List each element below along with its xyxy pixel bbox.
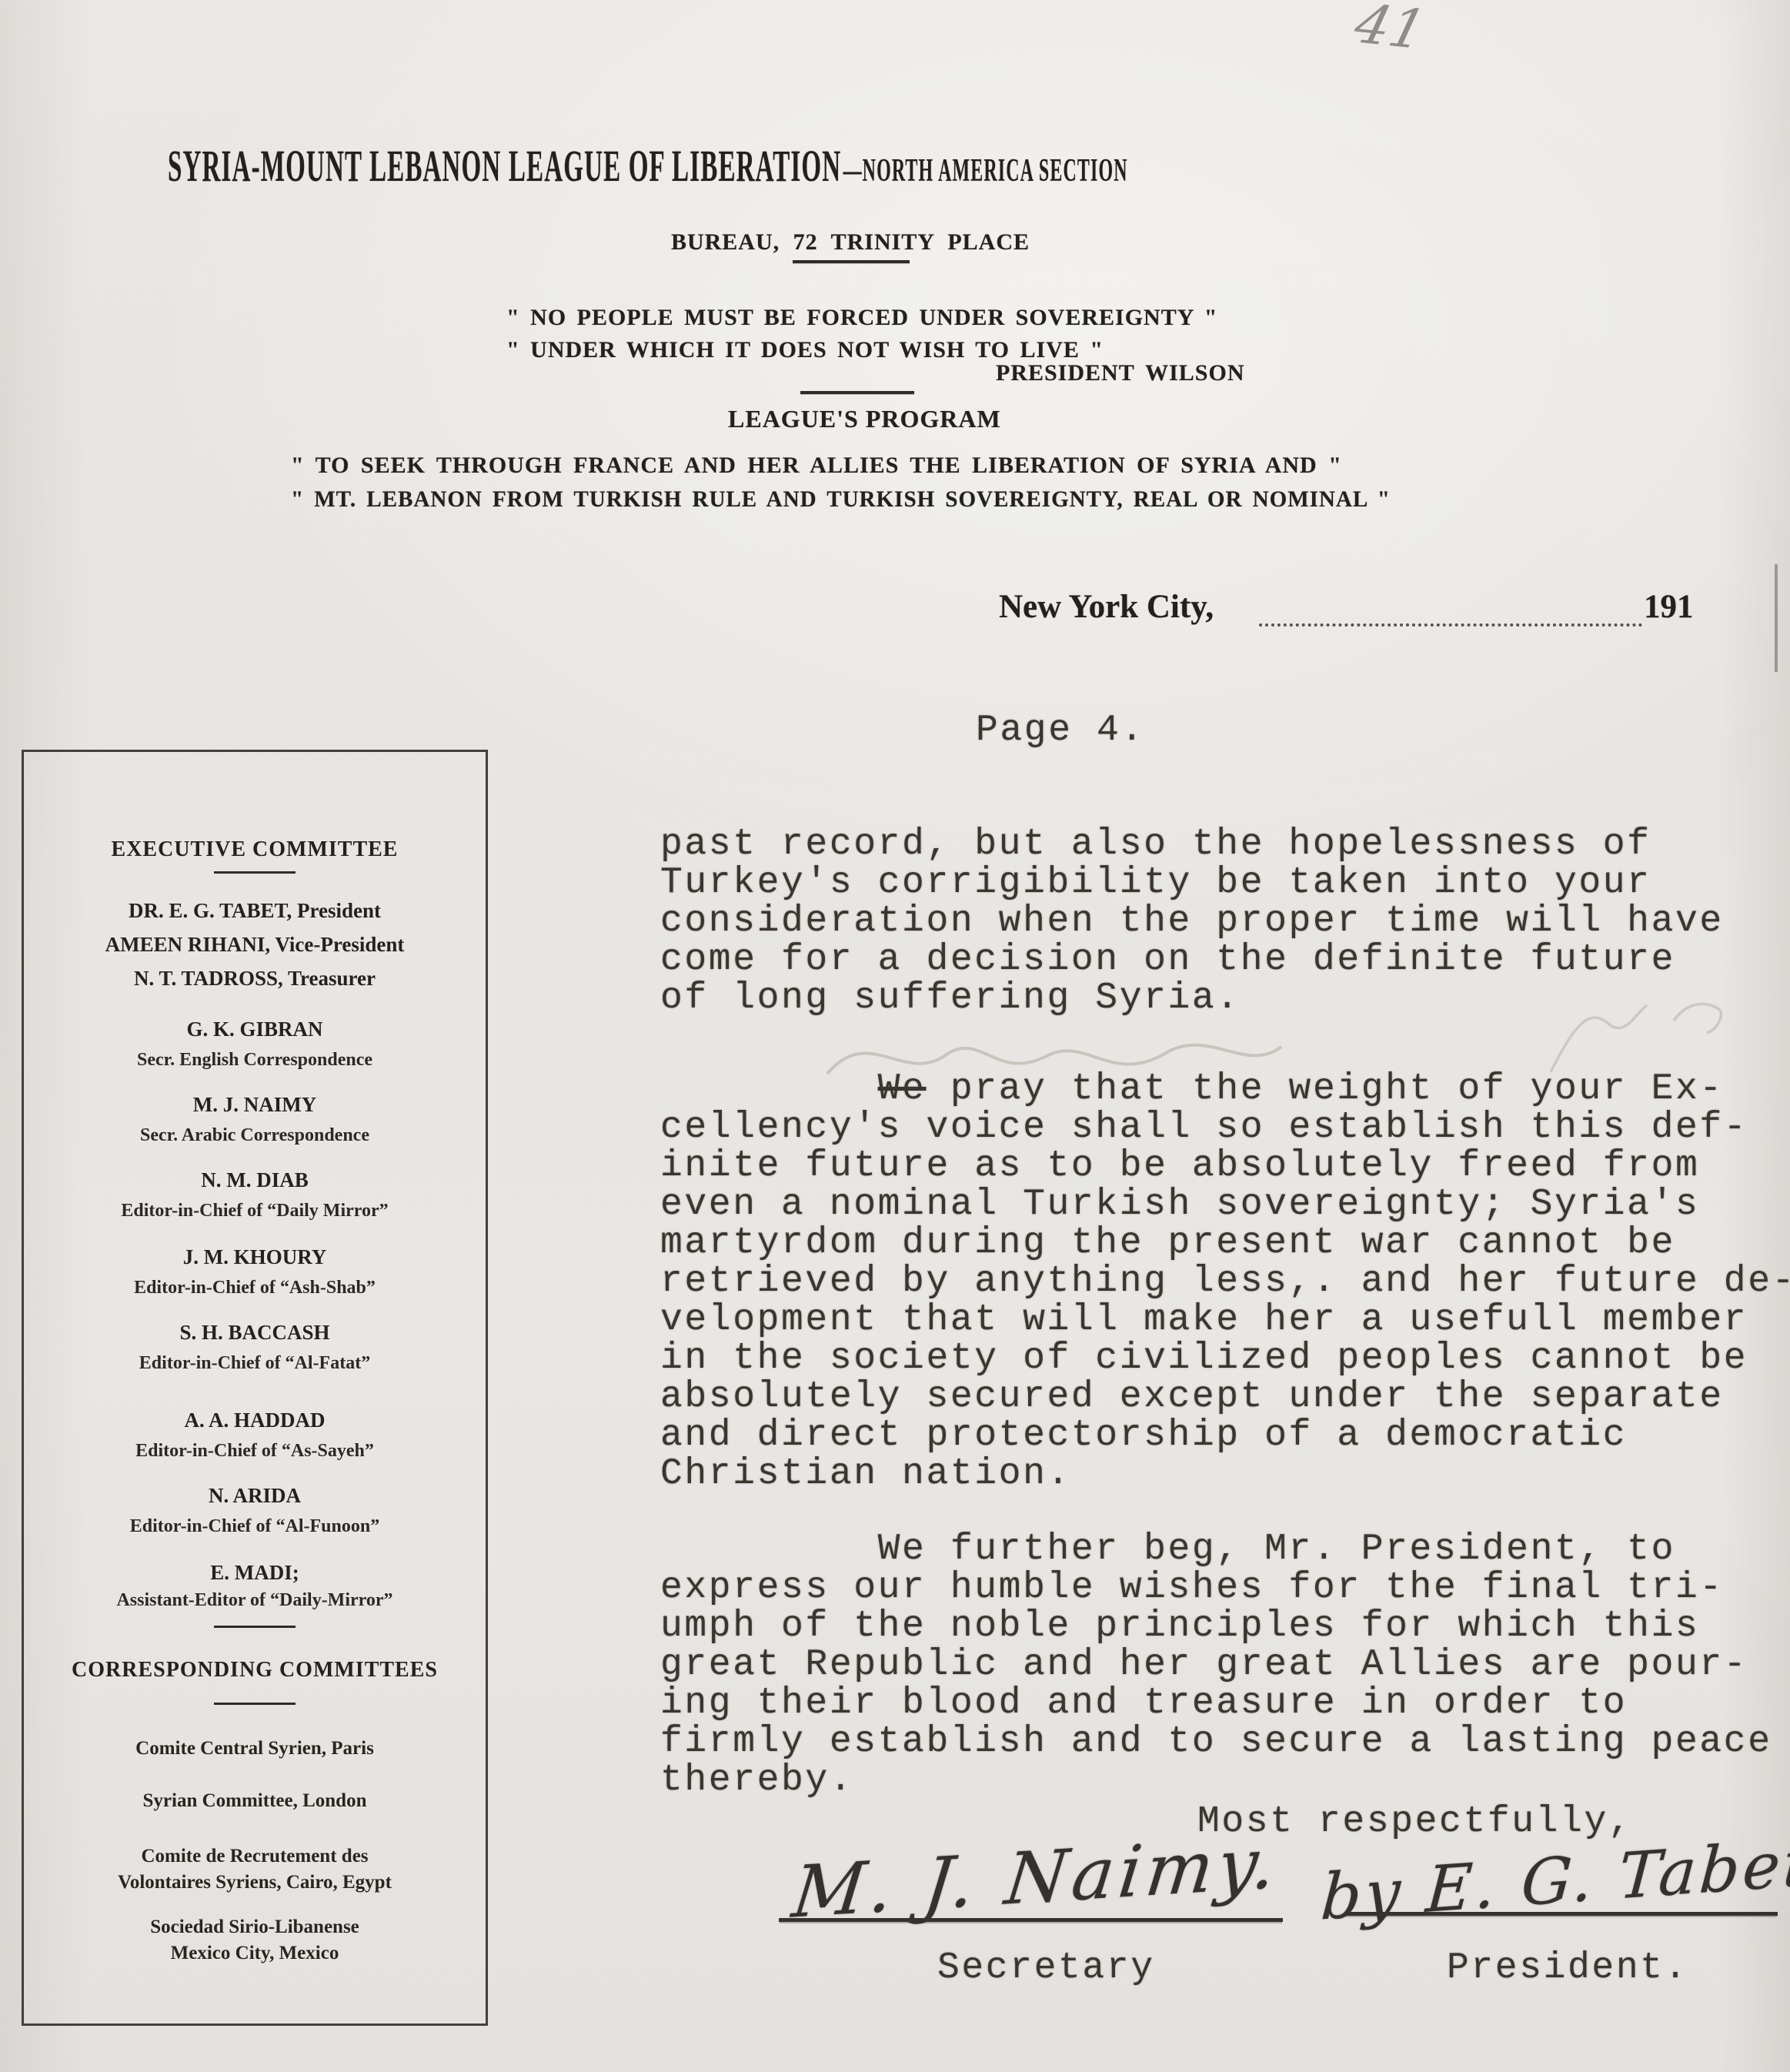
executive-committee-heading: EXECUTIVE COMMITTEE	[24, 837, 486, 862]
signature-line-right	[1345, 1912, 1778, 1916]
program-line-2: " MT. LEBANON FROM TURKISH RULE AND TURK…	[291, 486, 1391, 513]
body-line: martyrdom during the present war cannot …	[660, 1224, 1790, 1262]
scan-edge-artifact	[1775, 564, 1778, 672]
member-role: Secr. Arabic Correspondence	[24, 1125, 486, 1146]
letterhead-divider-1	[793, 260, 910, 263]
body-line-rest: pray that the weight of your Ex-	[926, 1068, 1723, 1110]
president-signature: by E. G. Tabet	[1318, 1826, 1790, 1934]
scanned-letter-page: 41 SYRIA-MOUNT LEBANON LEAGUE OF LIBERAT…	[0, 0, 1790, 2072]
member-name: A. A. HADDAD	[24, 1409, 486, 1432]
member-name: G. K. GIBRAN	[24, 1018, 486, 1041]
paragraph-2: We pray that the weight of your Ex- cell…	[660, 1070, 1790, 1493]
committee-item: Mexico City, Mexico	[24, 1943, 486, 1964]
committee-item: Comite de Recrutement des	[24, 1846, 486, 1867]
member-name: M. J. NAIMY	[24, 1093, 486, 1117]
body-line: Turkey's corrigibility be taken into you…	[660, 864, 1724, 902]
page-number-label: Page 4.	[976, 711, 1145, 750]
officer-president: DR. E. G. TABET, President	[24, 899, 486, 923]
body-line: firmly establish and to secure a lasting…	[660, 1723, 1772, 1761]
member-role: Assistant-Editor of “Daily-Mirror”	[24, 1590, 486, 1611]
body-line: in the society of civilized peoples cann…	[660, 1339, 1790, 1378]
dateline-dotted-line	[1259, 593, 1642, 627]
quote-attribution: PRESIDENT WILSON	[996, 360, 1245, 386]
member-name: N. ARIDA	[24, 1484, 486, 1508]
body-line: Christian nation.	[660, 1455, 1790, 1493]
program-heading: LEAGUE'S PROGRAM	[728, 405, 1001, 433]
body-line: past record, but also the hopelessness o…	[660, 825, 1724, 864]
body-line: come for a decision on the definite futu…	[660, 941, 1724, 979]
committee-item: Comite Central Syrien, Paris	[24, 1738, 486, 1760]
program-line-1: " TO SEEK THROUGH FRANCE AND HER ALLIES …	[291, 453, 1342, 479]
sidebar-divider-3	[214, 1703, 296, 1705]
letterhead-title-line: SYRIA-MOUNT LEBANON LEAGUE OF LIBERATION…	[168, 140, 1128, 192]
bureau-line: BUREAU, 72 TRINITY PLACE	[658, 229, 1043, 256]
body-line: We further beg, Mr. President, to	[660, 1530, 1772, 1569]
body-line: We pray that the weight of your Ex-	[660, 1070, 1790, 1108]
member-role: Editor-in-Chief of “Al-Fatat”	[24, 1353, 486, 1374]
committee-item: Sociedad Sirio-Libanense	[24, 1917, 486, 1938]
wilson-quote-line-1: " NO PEOPLE MUST BE FORCED UNDER SOVEREI…	[506, 305, 1217, 331]
member-role: Editor-in-Chief of “As-Sayeh”	[24, 1441, 486, 1462]
dateline-city: New York City,	[999, 588, 1214, 626]
body-line: retrieved by anything less,. and her fut…	[660, 1262, 1790, 1301]
body-line: umph of the noble principles for which t…	[660, 1607, 1772, 1646]
member-role: Secr. English Correspondence	[24, 1050, 486, 1071]
sidebar-divider-1	[214, 871, 296, 874]
handwritten-page-number: 41	[1348, 0, 1432, 62]
member-name: N. M. DIAB	[24, 1168, 486, 1192]
member-name: J. M. KHOURY	[24, 1245, 486, 1269]
member-role: Editor-in-Chief of “Al-Funoon”	[24, 1516, 486, 1537]
member-role: Editor-in-Chief of “Daily Mirror”	[24, 1201, 486, 1221]
president-label: President.	[1447, 1949, 1688, 1987]
secretary-label: Secretary	[937, 1949, 1155, 1987]
member-role: Editor-in-Chief of “Ash-Shab”	[24, 1278, 486, 1298]
officer-vice-president: AMEEN RIHANI, Vice-President	[24, 933, 486, 957]
body-line: great Republic and her great Allies are …	[660, 1646, 1772, 1684]
body-line: and direct protectorship of a democratic	[660, 1416, 1790, 1455]
struck-word: We	[878, 1068, 927, 1110]
member-name: S. H. BACCASH	[24, 1321, 486, 1345]
secretary-signature: M. J. Naimy.	[788, 1821, 1284, 1934]
body-line: thereby.	[660, 1761, 1772, 1800]
body-line: inite future as to be absolutely freed f…	[660, 1147, 1790, 1185]
org-section: —NORTH AMERICA SECTION	[843, 153, 1128, 189]
committee-sidebar: EXECUTIVE COMMITTEE DR. E. G. TABET, Pre…	[22, 750, 488, 2026]
paragraph-1: past record, but also the hopelessness o…	[660, 825, 1724, 1018]
wilson-quote-line-2: " UNDER WHICH IT DOES NOT WISH TO LIVE "	[506, 337, 1104, 363]
body-line: cellency's voice shall so establish this…	[660, 1108, 1790, 1147]
body-line: express our humble wishes for the final …	[660, 1569, 1772, 1607]
letterhead-divider-2	[800, 391, 914, 394]
sidebar-divider-2	[214, 1626, 296, 1628]
body-line: even a nominal Turkish sovereignty; Syri…	[660, 1185, 1790, 1224]
body-line: absolutely secured except under the sepa…	[660, 1378, 1790, 1416]
body-line: ing their blood and treasure in order to	[660, 1684, 1772, 1723]
body-line: velopment that will make her a usefull m…	[660, 1301, 1790, 1339]
paragraph-3: We further beg, Mr. President, to expres…	[660, 1530, 1772, 1800]
committee-item: Volontaires Syriens, Cairo, Egypt	[24, 1872, 486, 1893]
committee-item: Syrian Committee, London	[24, 1790, 486, 1812]
indent	[660, 1068, 878, 1110]
corresponding-committees-heading: CORRESPONDING COMMITTEES	[24, 1658, 486, 1683]
officer-treasurer: N. T. TADROSS, Treasurer	[24, 967, 486, 991]
body-line: consideration when the proper time will …	[660, 902, 1724, 941]
org-name: SYRIA-MOUNT LEBANON LEAGUE OF LIBERATION	[168, 141, 841, 191]
dateline-year: 191	[1644, 588, 1694, 626]
body-line: of long suffering Syria.	[660, 979, 1724, 1018]
member-name: E. MADI;	[24, 1561, 486, 1585]
signature-line-left	[779, 1918, 1283, 1922]
